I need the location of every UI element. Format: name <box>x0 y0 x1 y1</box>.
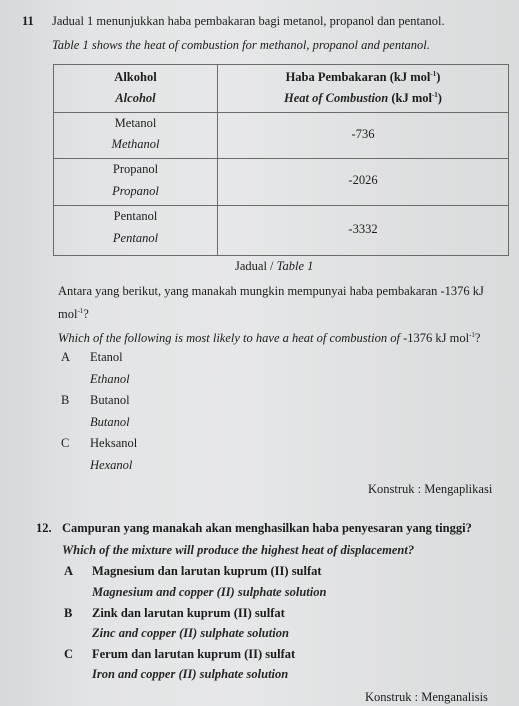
option-b-letter: B <box>61 393 69 408</box>
option-c-malay: Ferum dan larutan kuprum (II) sulfat <box>92 647 295 662</box>
option-c-letter: C <box>64 647 73 662</box>
header-alcohol-malay: Alkohol <box>54 67 217 88</box>
question-malay: Campuran yang manakah akan menghasilkan … <box>62 521 472 536</box>
question-intro-english: Table 1 shows the heat of combustion for… <box>52 38 430 53</box>
header-heat-english: Heat of Combustion (kJ mol-1) <box>218 88 508 109</box>
table-row-value: -736 <box>218 124 508 145</box>
table-row-alcohol-english: Methanol <box>54 134 217 155</box>
option-c-english: Iron and copper (II) sulphate solution <box>92 667 288 682</box>
option-b-malay: Zink dan larutan kuprum (II) sulfat <box>92 606 285 621</box>
construct-label: Konstruk : Mengaplikasi <box>368 482 492 497</box>
table-row-alcohol-malay: Propanol <box>54 159 217 180</box>
question-intro-malay: Jadual 1 menunjukkan haba pembakaran bag… <box>52 14 445 29</box>
table-row-alcohol-malay: Pentanol <box>54 206 217 227</box>
table-row-alcohol-malay: Metanol <box>54 113 217 134</box>
question-english: Which of the following is most likely to… <box>58 331 480 346</box>
option-c-letter: C <box>61 436 69 451</box>
option-a-malay: Magnesium dan larutan kuprum (II) sulfat <box>92 564 322 579</box>
question-malay-line1: Antara yang berikut, yang manakah mungki… <box>58 284 484 299</box>
option-c-english: Hexanol <box>90 458 132 473</box>
construct-label: Konstruk : Menganalisis <box>365 690 488 705</box>
option-a-letter: A <box>64 564 73 579</box>
question-malay-line2: mol-1? <box>58 307 89 322</box>
option-a-english: Ethanol <box>90 372 130 387</box>
question-english: Which of the mixture will produce the hi… <box>62 543 414 558</box>
table-row-alcohol-english: Pentanol <box>54 228 217 249</box>
question-number: 11 <box>22 14 34 29</box>
option-a-letter: A <box>61 350 70 365</box>
table-caption: Jadual / Table 1 <box>235 259 313 274</box>
header-alcohol-english: Alcohol <box>54 88 217 109</box>
option-a-english: Magnesium and copper (II) sulphate solut… <box>92 585 326 600</box>
question-number: 12. <box>36 521 52 536</box>
option-c-malay: Heksanol <box>90 436 137 451</box>
table-row-value: -3332 <box>218 219 508 240</box>
table-row-value: -2026 <box>218 170 508 191</box>
option-a-malay: Etanol <box>90 350 123 365</box>
option-b-letter: B <box>64 606 72 621</box>
header-heat-malay: Haba Pembakaran (kJ mol-1) <box>218 67 508 88</box>
option-b-english: Zinc and copper (II) sulphate solution <box>92 626 289 641</box>
option-b-malay: Butanol <box>90 393 130 408</box>
heat-of-combustion-table: Alkohol Alcohol Haba Pembakaran (kJ mol-… <box>53 64 509 256</box>
table-row-alcohol-english: Propanol <box>54 181 217 202</box>
option-b-english: Butanol <box>90 415 130 430</box>
